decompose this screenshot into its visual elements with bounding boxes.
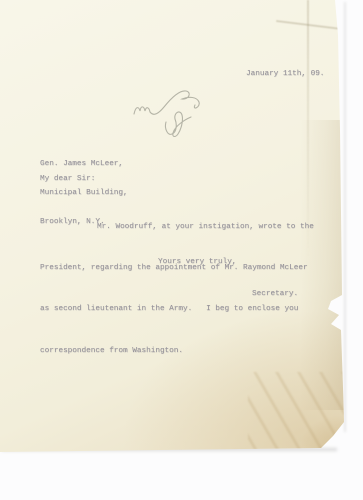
body-line: Mr. Woodruff, at your instigation, wrote…	[40, 221, 314, 235]
pencil-stroke-lower	[165, 112, 191, 137]
scanned-letter-page: January 11th, 09. Gen. James McLeer, Mun…	[0, 0, 363, 500]
body-line: as second lieutenant in the Army. I beg …	[40, 303, 314, 317]
paper-right-shadow	[344, 2, 346, 432]
recipient-line: Gen. James McLeer,	[40, 160, 128, 170]
diagonal-crease	[276, 20, 342, 30]
closing-line: Yours very truly,	[158, 258, 236, 266]
pencil-stroke-upper	[134, 91, 199, 114]
signature-title: Secretary.	[252, 290, 298, 298]
pencil-annotation	[128, 84, 220, 140]
letter-paper: January 11th, 09. Gen. James McLeer, Mun…	[0, 0, 347, 455]
body-line: correspondence from Washington.	[40, 345, 314, 359]
salutation: My dear Sir:	[40, 175, 95, 183]
date-line: January 11th, 09.	[246, 70, 324, 78]
